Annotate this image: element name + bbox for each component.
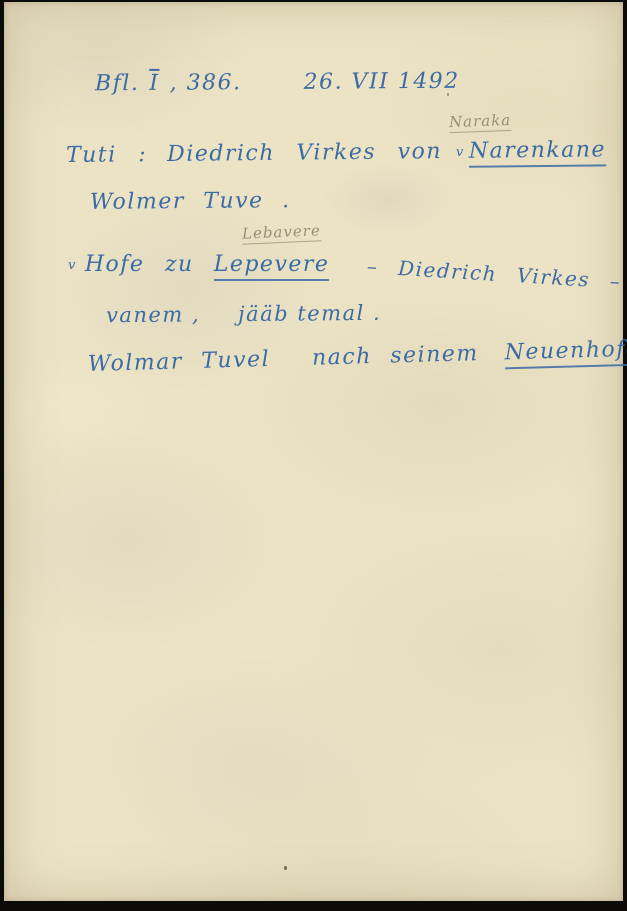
party2-line: Wolmer Tuve . [90, 188, 291, 215]
paper-speck [284, 866, 287, 870]
closing-text: nach seinem [312, 341, 479, 371]
place-name-narenkane: Narenkane [469, 137, 607, 167]
estonian-word1: vanem , [106, 302, 200, 327]
estate-aside: – Diedrich Virkes – [367, 254, 623, 294]
place-name-lepevere: Lepevere [214, 252, 330, 281]
header-line: Bfl. I , 386. 26. VII 1492 [95, 69, 460, 97]
document-date: 26. VII 1492 [303, 69, 459, 95]
place-name-neuenhofe: Neuenhofe [504, 337, 627, 370]
pencil-annotation-naraka-text: Naraka [449, 111, 512, 133]
paper-speck [447, 93, 449, 96]
insertion-mark: v [456, 145, 465, 160]
archival-ledger: Bfl. [95, 71, 140, 96]
pencil-annotation-lebavere: Lebavere [242, 221, 321, 242]
pencil-annotation-naraka: Naraka [449, 111, 512, 131]
estate-text: Hofe zu [85, 252, 194, 277]
page-ref: , 386. [169, 70, 241, 96]
parties-label: Tuti : [66, 142, 147, 168]
parties-line: Tuti : Diedrich Virkes von v Narenkane – [66, 137, 627, 172]
pencil-annotation-lebavere-text: Lebavere [242, 221, 322, 244]
volume-numeral: I [149, 71, 159, 96]
paper-sheet: Bfl. I , 386. 26. VII 1492 Naraka Tuti :… [4, 2, 623, 901]
insertion-mark: v [68, 258, 77, 273]
closing-line: Wolmar Tuvel nach seinem Neuenhofe [88, 337, 627, 381]
scanned-page: Bfl. I , 386. 26. VII 1492 Naraka Tuti :… [0, 0, 627, 911]
estonian-note-line: vanem , jääb temal . [106, 301, 381, 327]
parties-name: Diedrich Virkes von [167, 139, 442, 167]
estate-line: v Hofe zu Lepevere – Diedrich Virkes – [68, 252, 622, 281]
closing-name: Wolmar Tuvel [88, 347, 271, 377]
estonian-word2: jääb temal . [238, 301, 381, 326]
